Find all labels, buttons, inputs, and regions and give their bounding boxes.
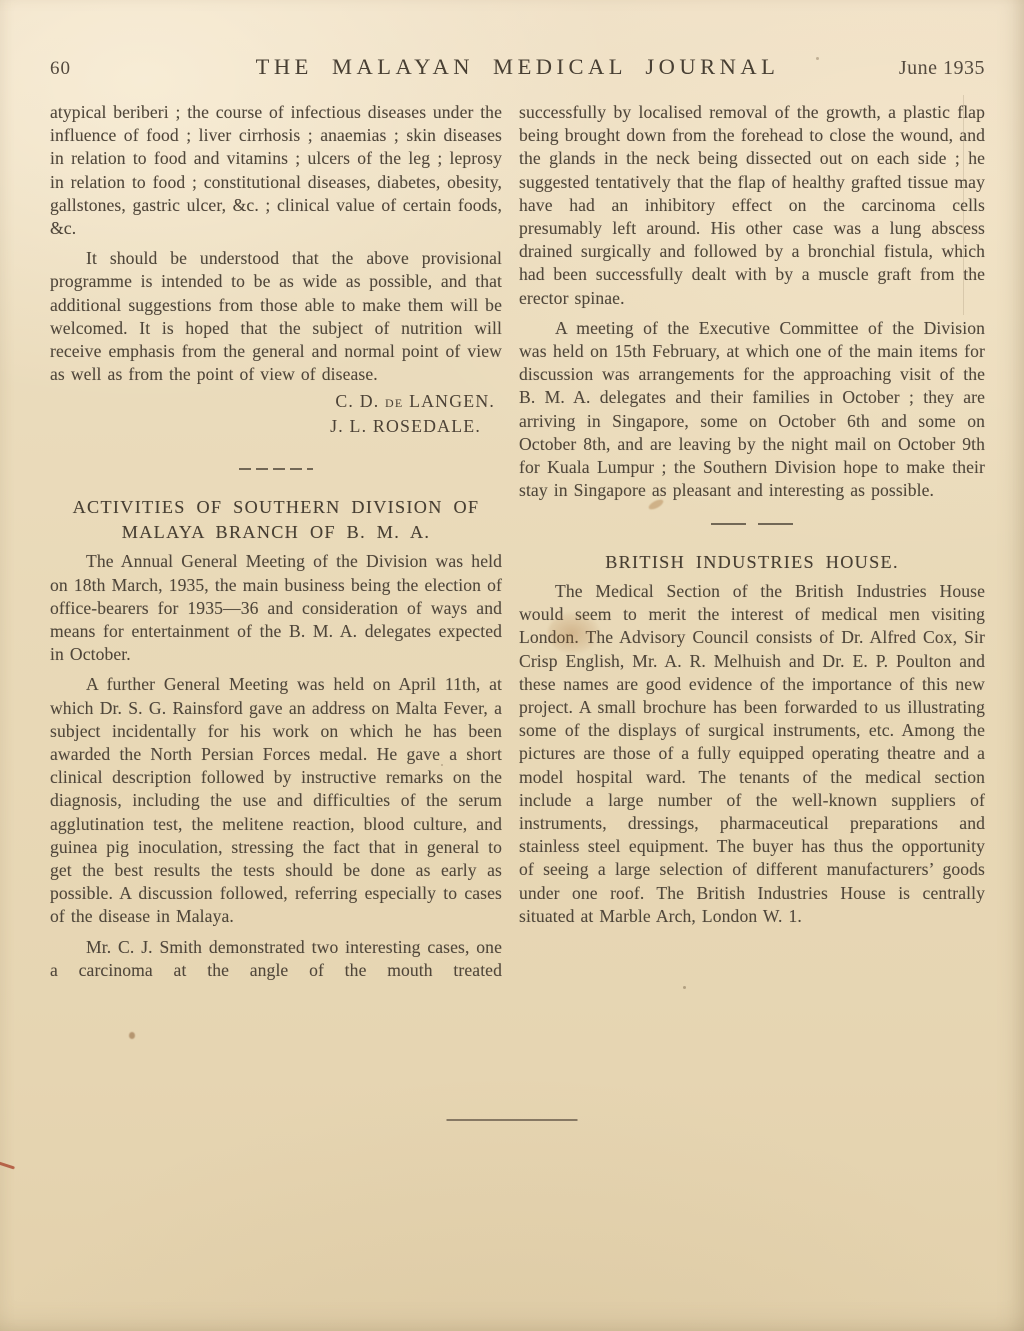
- two-column-layout: atypical beriberi ; the course of infect…: [50, 101, 985, 982]
- signature-block: C. D. de LANGEN. J. L. ROSEDALE.: [50, 389, 502, 439]
- paragraph-continues-next-page: Mr. C. J. Smith demonstrated two interes…: [50, 936, 502, 982]
- section-divider-rule: [239, 468, 313, 470]
- paper-stain: [129, 1032, 135, 1039]
- journal-page: 60 THE MALAYAN MEDICAL JOURNAL June 1935…: [0, 0, 1024, 1331]
- signature-author: C. D. de LANGEN.: [50, 389, 502, 414]
- signature-author: J. L. ROSEDALE.: [50, 414, 502, 439]
- section-heading-activities: ACTIVITIES OF SOUTHERN DIVISION OF MALAY…: [50, 495, 502, 545]
- journal-title: THE MALAYAN MEDICAL JOURNAL: [256, 54, 780, 80]
- right-column: successfully by localised removal of the…: [519, 101, 985, 982]
- paragraph: It should be understood that the above p…: [50, 247, 502, 386]
- red-pen-mark: [0, 1161, 15, 1169]
- heading-line: ACTIVITIES OF SOUTHERN DIVISION OF: [73, 497, 480, 517]
- paragraph-continuation: atypical beriberi ; the course of infect…: [50, 101, 502, 240]
- footer-rule: [447, 1119, 578, 1121]
- section-heading-british-industries: BRITISH INDUSTRIES HOUSE.: [519, 550, 985, 575]
- left-column: atypical beriberi ; the course of infect…: [50, 101, 502, 982]
- section-divider-rule: [711, 523, 793, 525]
- page-header: 60 THE MALAYAN MEDICAL JOURNAL June 1935: [50, 54, 985, 80]
- page-number: 60: [50, 58, 71, 80]
- paragraph: A further General Meeting was held on Ap…: [50, 673, 502, 928]
- paragraph: The Annual General Meeting of the Divisi…: [50, 550, 502, 666]
- paragraph: The Medical Section of the British Indus…: [519, 580, 985, 928]
- heading-line: MALAYA BRANCH OF B. M. A.: [122, 522, 430, 542]
- paragraph: A meeting of the Executive Committee of …: [519, 317, 985, 503]
- paragraph-continuation: successfully by localised removal of the…: [519, 101, 985, 310]
- paper-speck: [683, 986, 686, 989]
- issue-date: June 1935: [899, 57, 985, 80]
